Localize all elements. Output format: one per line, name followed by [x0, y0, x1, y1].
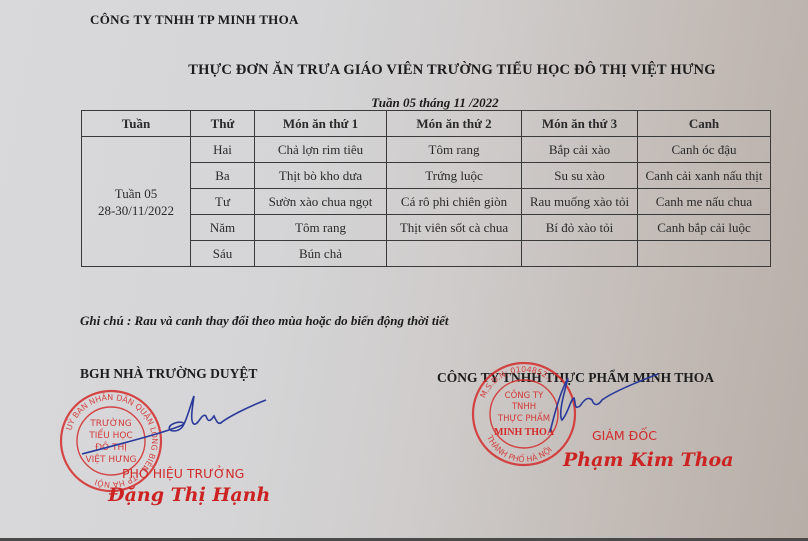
dish3-cell: Su su xào — [522, 163, 638, 189]
soup-cell: Canh me nấu chua — [638, 189, 771, 215]
school-signer-name: Đặng Thị Hạnh — [108, 484, 270, 506]
day-cell: Ba — [191, 163, 255, 189]
menu-table: Tuần Thứ Món ăn thứ 1 Món ăn thứ 2 Món ă… — [81, 110, 771, 267]
table-row: Tuần 05 28-30/11/2022 Hai Chả lợn rim ti… — [82, 137, 771, 163]
column-header-dish2: Món ăn thứ 2 — [387, 111, 522, 137]
document-title: THỰC ĐƠN ĂN TRƯA GIÁO VIÊN TRƯỜNG TIỂU H… — [182, 62, 722, 79]
note-text: Ghi chú : Rau và canh thay đổi theo mùa … — [80, 313, 449, 329]
soup-cell — [638, 241, 771, 267]
school-approval-label: BGH NHÀ TRƯỜNG DUYỆT — [80, 366, 257, 382]
soup-cell: Canh óc đậu — [638, 137, 771, 163]
dish1-cell: Chả lợn rim tiêu — [255, 137, 387, 163]
dish3-cell: Bí đỏ xào tỏi — [522, 215, 638, 241]
column-header-week: Tuần — [82, 111, 191, 137]
week-range: 28-30/11/2022 — [84, 202, 188, 219]
school-signature-icon — [80, 392, 270, 462]
dish2-cell: Cá rô phi chiên giòn — [387, 189, 522, 215]
dish2-cell: Tôm rang — [387, 137, 522, 163]
school-signer-role: PHÓ HIỆU TRƯỞNG — [122, 466, 244, 481]
dish1-cell: Tôm rang — [255, 215, 387, 241]
svg-text:CÔNG TY: CÔNG TY — [505, 389, 544, 401]
company-signer-name: Phạm Kim Thoa — [563, 449, 734, 471]
column-header-dish1: Món ăn thứ 1 — [255, 111, 387, 137]
dish2-cell — [387, 241, 522, 267]
soup-cell: Canh bắp cải luộc — [638, 215, 771, 241]
column-header-day: Thứ — [191, 111, 255, 137]
dish3-cell: Bắp cải xào — [522, 137, 638, 163]
company-signer-role: GIÁM ĐỐC — [592, 428, 657, 443]
column-header-dish3: Món ăn thứ 3 — [522, 111, 638, 137]
day-cell: Hai — [191, 137, 255, 163]
company-header: CÔNG TY TNHH TP MINH THOA — [90, 12, 299, 28]
dish1-cell: Sườn xào chua ngọt — [255, 189, 387, 215]
week-label: Tuần 05 — [84, 185, 188, 202]
document-subtitle: Tuần 05 tháng 11 /2022 — [330, 95, 540, 111]
table-header-row: Tuần Thứ Món ăn thứ 1 Món ăn thứ 2 Món ă… — [82, 111, 771, 137]
dish2-cell: Thịt viên sốt cà chua — [387, 215, 522, 241]
week-cell: Tuần 05 28-30/11/2022 — [82, 137, 191, 267]
day-cell: Sáu — [191, 241, 255, 267]
day-cell: Năm — [191, 215, 255, 241]
dish3-cell: Rau muống xào tỏi — [522, 189, 638, 215]
dish2-cell: Trứng luộc — [387, 163, 522, 189]
day-cell: Tư — [191, 189, 255, 215]
svg-text:TNHH: TNHH — [511, 402, 536, 412]
dish3-cell — [522, 241, 638, 267]
soup-cell: Canh cải xanh nấu thịt — [638, 163, 771, 189]
column-header-soup: Canh — [638, 111, 771, 137]
dish1-cell: Bún chả — [255, 241, 387, 267]
dish1-cell: Thịt bò kho dưa — [255, 163, 387, 189]
